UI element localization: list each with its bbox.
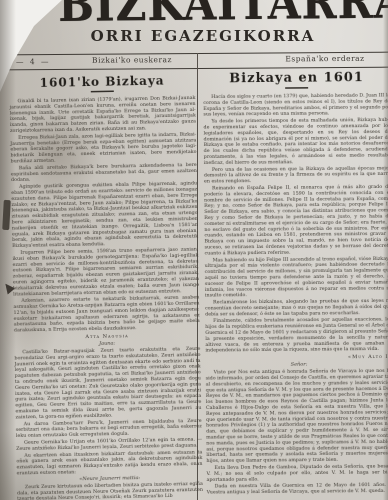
basque-paragraph: Baña aldi areitako Bizkaya'k bere buruka…	[11, 162, 197, 183]
basque-headline: 1601'ko Bizkaya	[9, 72, 195, 90]
newspaper-page: BIZKAITARRA ORRI EGAZEGIKORRA — 4 — Bizk…	[0, 0, 388, 500]
spanish-letter-paragraph: Dada en nuestra Villa de Guernica en 12 …	[207, 482, 388, 495]
spanish-letter-paragraph: Visto por Nos esta antigua é honrada Señ…	[206, 368, 388, 464]
basque-paragraph: Irugarren Pilipe bere semia, 1598'an tru…	[12, 246, 199, 297]
spanish-letter-paragraph: Esta lleva Don Pedro de Gamboa, Diputado…	[206, 463, 388, 482]
spanish-paragraph: Mas habiendo su hijo Felipe III ascendid…	[205, 256, 388, 299]
language-label-spanish: España'ko erderaz	[270, 54, 380, 64]
spanish-paragraph: Finalmente, cálidos brutalmente acosados…	[205, 317, 388, 354]
newspaper-subtitle: ORRI EGAZEGIKORRA	[91, 27, 316, 45]
basque-reply-intro: Au ekarrtzen eban itxaskixon bizkaitarr …	[16, 449, 202, 476]
newspaper-title: BIZKAITARRA	[58, 0, 388, 23]
ink-mark-bracket	[2, 200, 11, 230]
spanish-paragraph: Hacía dos siglos y cuarto (en 1379) que,…	[203, 92, 388, 117]
basque-headline-rule	[91, 90, 114, 92]
basque-paragraph: Aginpide gustirik gorengua eukitten ebal…	[11, 180, 198, 248]
spanish-headline-rule	[285, 87, 308, 89]
spanish-headline: Bizkaya en 1601	[203, 69, 388, 86]
spanish-column: Bizkaya en 1601 Hacía dos siglos y cuart…	[203, 69, 388, 496]
basque-paragraph: Azkenian, azarrero estarte ta nekaturik …	[13, 295, 200, 334]
spanish-paragraph: Ya desde los primeros tiempos de esta ma…	[203, 117, 388, 166]
spanish-paragraph: Reclamáronse los bizkaínos, alegando las…	[205, 298, 388, 317]
basque-letter-paragraph: Castilla'ko Batzar-nagusijak Zeuri txart…	[14, 346, 201, 420]
basque-letter-paragraph: Au daroa Gamboa'tarr Peru'k, Jaunerri on…	[16, 418, 202, 439]
spanish-letter-heading: «Muy Alto I	[205, 354, 388, 361]
language-label-basque: Bizkai'ko euskeraz	[72, 55, 192, 65]
basque-paragraph: Gixaldi bi ta lauren ixan zirian (1379'a…	[9, 95, 196, 134]
masthead: BIZKAITARRA	[0, 0, 388, 23]
page-number: — 4 —	[16, 57, 51, 66]
spanish-paragraph: Reinando en España Felipe II, el monarca…	[204, 184, 388, 256]
basque-paragraph: Erregea Bizkai-Jaun zala, azon lagi-egil…	[10, 131, 197, 164]
basque-column: 1601'ko Bizkaya Gixaldi bi ta lauren ixa…	[9, 72, 203, 500]
basque-reply-paragraph: Zeurk Zeure kirtutasun edo libertadien b…	[17, 481, 203, 500]
spanish-paragraph: Pero una de las ocasiones en que la Bizk…	[204, 165, 388, 184]
spanish-letter-salutation: Señor:	[206, 361, 388, 368]
